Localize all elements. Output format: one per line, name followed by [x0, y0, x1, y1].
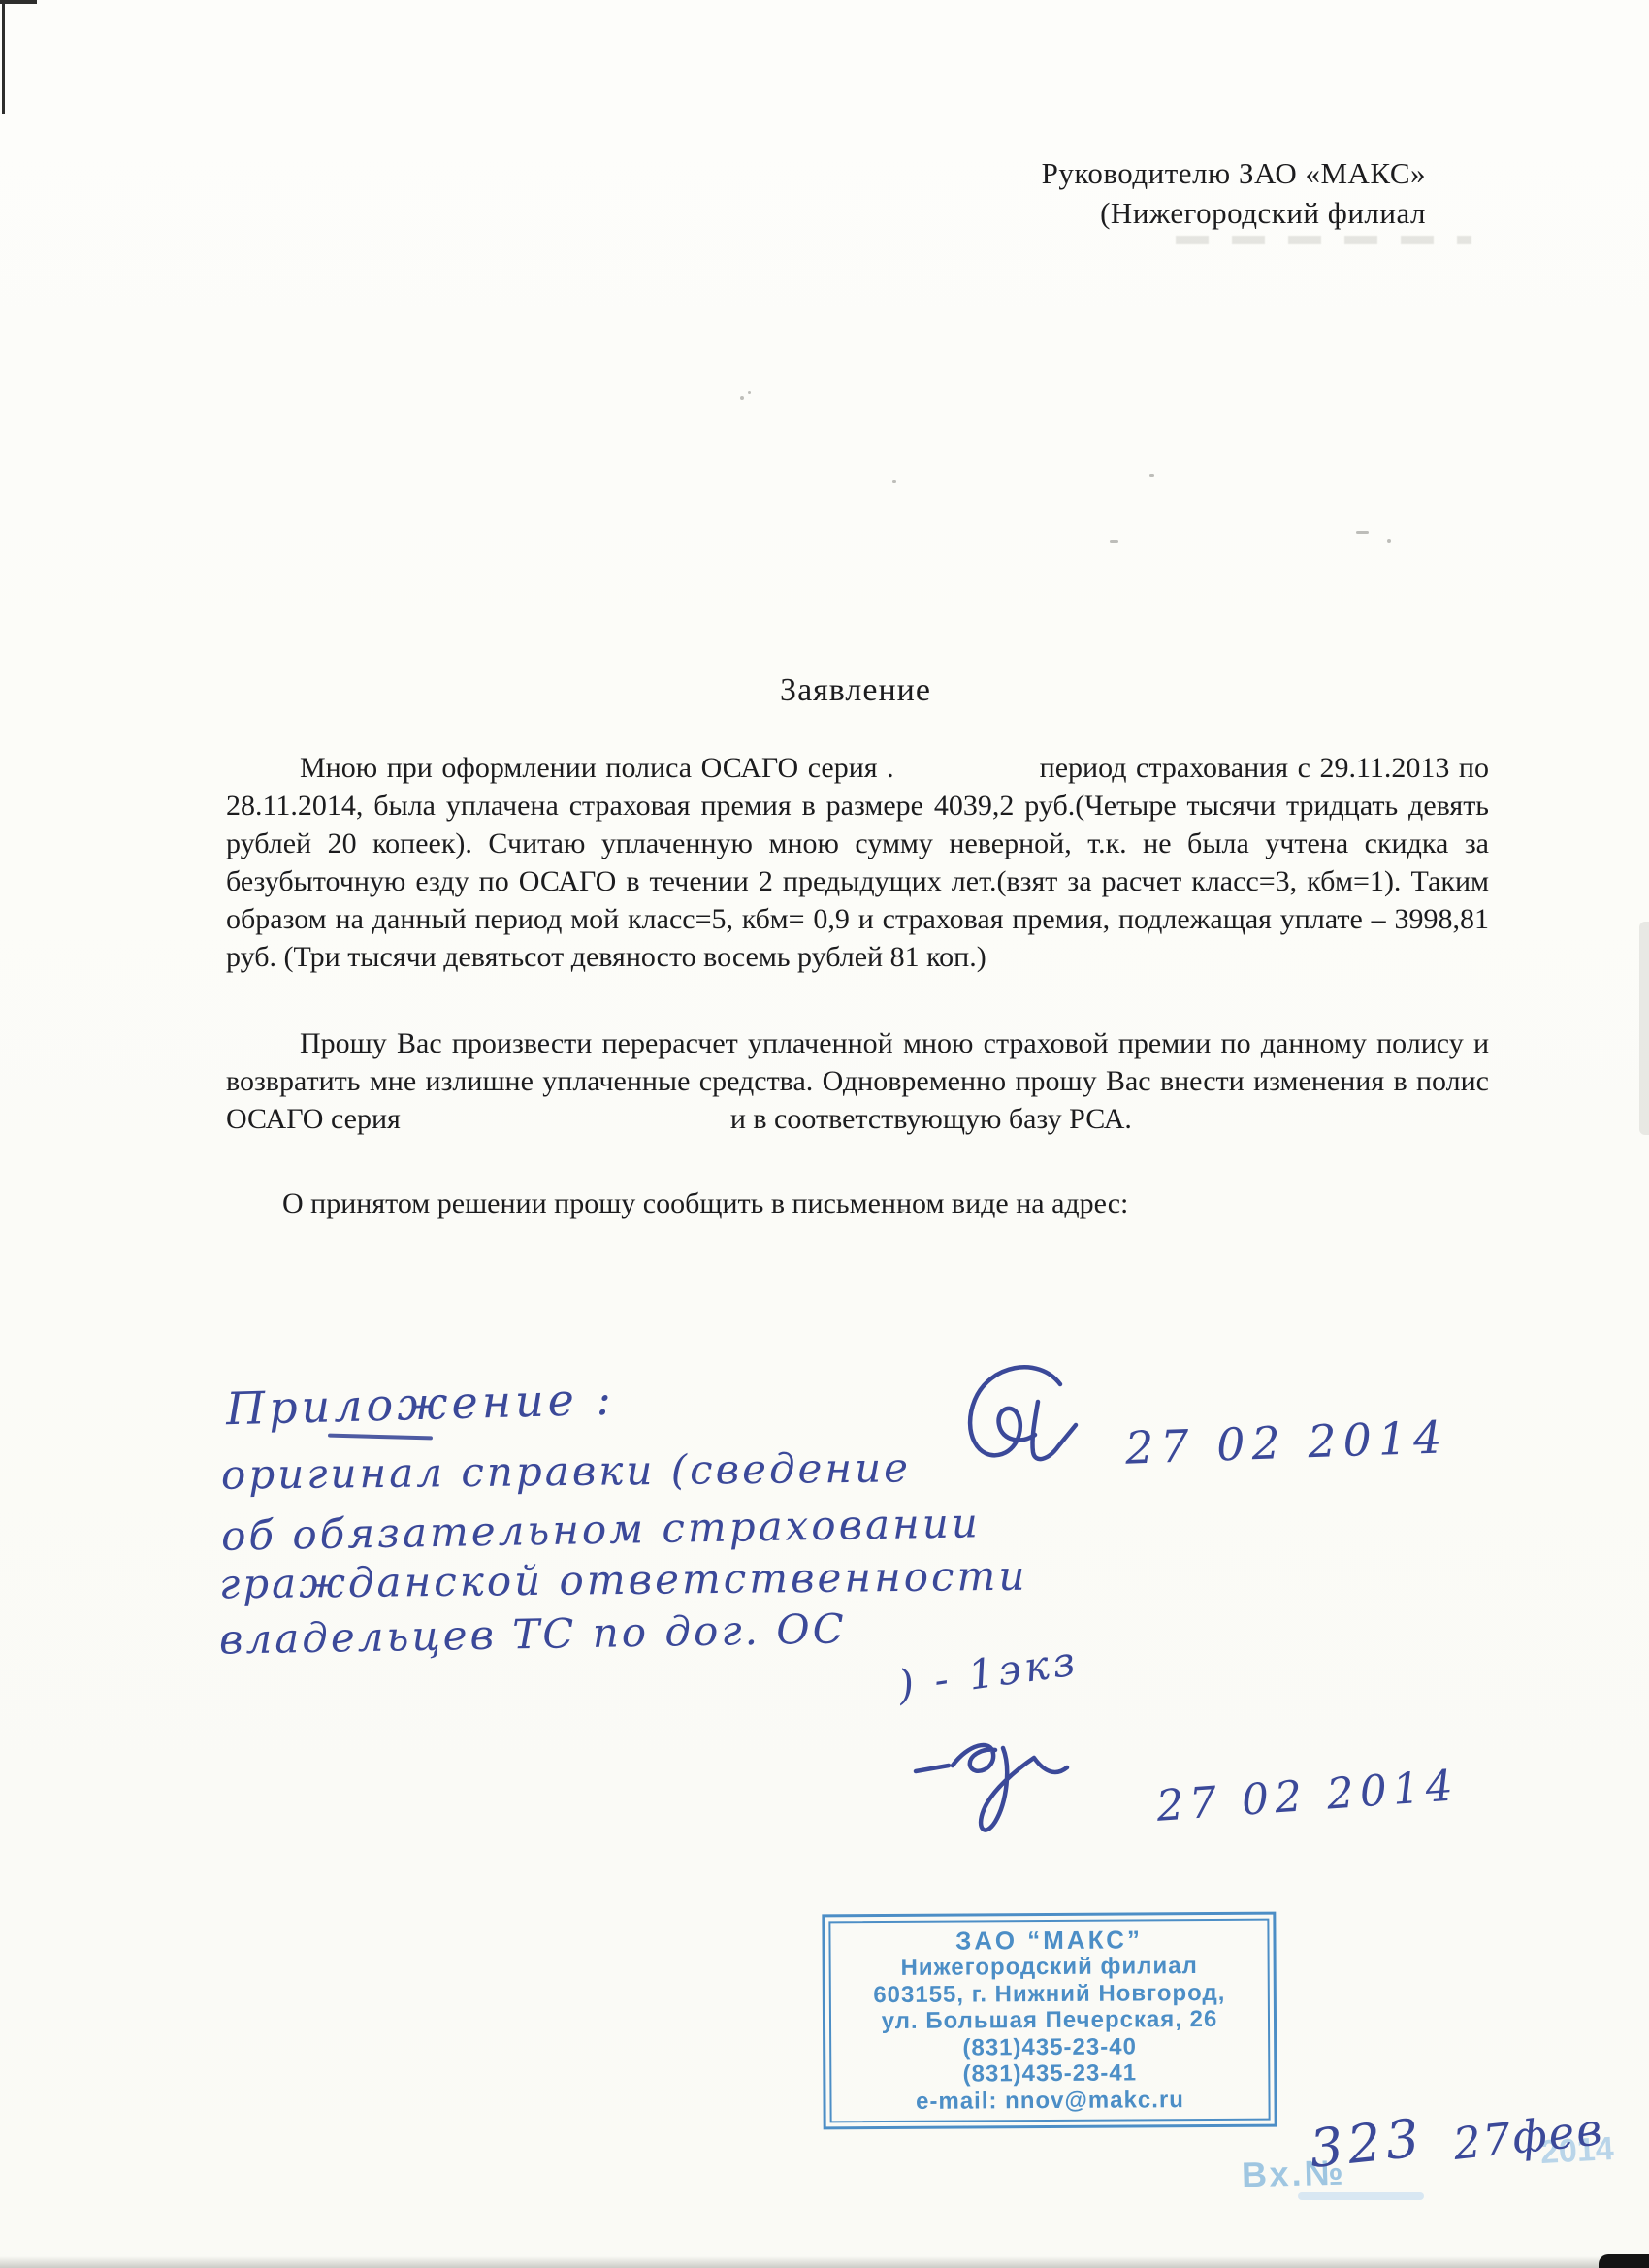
company-stamp-inner-border: ЗАО “МАКС” Нижегородский филиал 603155, … [828, 1919, 1270, 2123]
scan-speck [1387, 539, 1391, 543]
recipient-line-1: Руководителю ЗАО «МАКС» [1042, 153, 1426, 193]
scanned-letter-page: Руководителю ЗАО «МАКС» (Нижегородский ф… [0, 0, 1649, 2268]
stamp-postcode-city: 603155, г. Нижний Новгород, [831, 1979, 1268, 2008]
handwritten-note: ) - 1экз [895, 1636, 1083, 1709]
redacted-policy-series-gap-2 [401, 1127, 730, 1128]
pen-stroke [328, 1434, 433, 1441]
stamp-email: e-mail: nnov@makc.ru [831, 2086, 1268, 2115]
stamp-branch: Нижегородский филиал [831, 1953, 1268, 1982]
scan-speck [1110, 540, 1118, 543]
incoming-stamp-smudge [1298, 2192, 1424, 2200]
scan-edge-artifact-vertical [2, 0, 5, 114]
paragraph-1-text-before-gap: Мною при оформлении полиса ОСАГО серия . [300, 752, 894, 784]
scan-speck [1356, 531, 1369, 534]
letter-body: Мною при оформлении полиса ОСАГО серия .… [226, 749, 1489, 1222]
paragraph-2-text-after-gap: и в соответствующую базу РСА. [730, 1103, 1132, 1135]
paragraph-3: О принятом решении прошу сообщить в пись… [226, 1184, 1489, 1222]
signature-1 [946, 1363, 1091, 1479]
stamp-company-name: ЗАО “МАКС” [830, 1926, 1267, 1955]
scan-speck [748, 391, 751, 394]
handwritten-line-4: владельцев ТС по дог. ОС [219, 1604, 848, 1663]
stamp-phone-1: (831)435-23-40 [831, 2032, 1268, 2061]
handwritten-line-2: об обязательном страховании [221, 1499, 982, 1560]
signature-2 [910, 1709, 1133, 1845]
handwritten-line-1: оригинал справки (сведение [221, 1443, 911, 1498]
scan-edge-artifact-horizontal [0, 0, 37, 4]
recipient-line-2: (Нижегородский филиал [1042, 193, 1426, 233]
document-title: Заявление [0, 672, 1649, 709]
scan-corner-artifact [1599, 2254, 1649, 2268]
scan-speck [740, 396, 744, 400]
scan-speck [1149, 474, 1154, 477]
company-stamp: ЗАО “МАКС” Нижегородский филиал 603155, … [822, 1912, 1277, 2130]
handwritten-incoming-number: 323 [1307, 2107, 1427, 2180]
stamp-street: ул. Большая Печерская, 26 [831, 2006, 1268, 2035]
handwritten-date-bottom: 27 02 2014 [1155, 1761, 1461, 1831]
redacted-policy-series-gap-1 [894, 776, 1040, 777]
recipient-block: Руководителю ЗАО «МАКС» (Нижегородский ф… [1042, 153, 1426, 233]
handwritten-line-3: гражданской ответственности [219, 1552, 1028, 1608]
scan-speck [892, 480, 896, 483]
paragraph-1-text-after-gap: период страхования с 29.11.2013 по 28.11… [226, 752, 1489, 973]
scan-speck [900, 1209, 905, 1212]
scan-shadow-right [1639, 922, 1649, 1135]
stamp-phone-2: (831)435-23-41 [831, 2059, 1268, 2089]
handwritten-date-top: 27 02 2014 [1124, 1410, 1449, 1474]
ghost-text-smudge [1176, 236, 1471, 244]
paragraph-1: Мною при оформлении полиса ОСАГО серия .… [226, 749, 1489, 976]
scan-bottom-edge [0, 2256, 1649, 2268]
paragraph-2: Прошу Вас произвести перерасчет уплаченн… [226, 1024, 1489, 1138]
handwritten-attachment-heading: Приложение : [225, 1373, 615, 1435]
